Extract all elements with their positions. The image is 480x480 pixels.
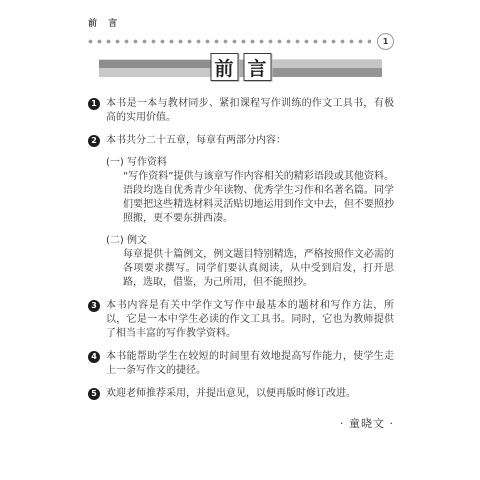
subsection-writing-materials: (一) 写作资料 “写作资料”提供与该章写作内容相关的精彩语段或其他资料。语段均… <box>106 156 394 226</box>
circled-number-icon: 1 <box>88 98 100 110</box>
circled-number-icon: 3 <box>88 300 100 312</box>
subsection-body: 每章提供十篇例文，例文题目特别精选，严格按照作文必需的各项要求撰写。同学们要认真… <box>123 248 394 290</box>
title-char-box: 前 <box>210 53 238 81</box>
title-char-box: 言 <box>243 53 271 81</box>
circled-number-icon: 2 <box>88 135 100 147</box>
title-boxes: 前 言 <box>210 53 271 81</box>
preface-item-1: 1 本书是一本与教材同步、紧扣课程写作训练的作文工具书，有极高的实用价值。 <box>88 97 394 125</box>
preface-item-5: 5 欢迎老师推荐采用，并提出意见，以便再版时修订改进。 <box>88 387 394 401</box>
circled-number-icon: 4 <box>88 351 100 363</box>
title-banner: 前 言 <box>99 53 382 83</box>
page-number-badge: 1 <box>377 33 394 50</box>
header-rule: 1 <box>88 32 394 50</box>
preface-item-2: 2 本书共分二十五章，每章有两部分内容： (一) 写作资料 “写作资料”提供与该… <box>88 134 394 290</box>
running-header: 前 言 1 <box>88 16 394 50</box>
subsection-body: “写作资料”提供与该章写作内容相关的精彩语段或其他资料。语段均选自优秀青少年读物… <box>123 170 394 226</box>
preface-item-4: 4 本书能帮助学生在较短的时间里有效地提高写作能力，使学生走上一条写作文的捷径。 <box>88 350 394 378</box>
item-text: 本书共分二十五章，每章有两部分内容： <box>106 134 394 148</box>
header-chapter-label: 前 言 <box>88 16 394 29</box>
subsection-sample-essays: (二) 例文 每章提供十篇例文，例文题目特别精选，严格按照作文必需的各项要求撰写… <box>106 234 394 290</box>
dotted-rule <box>88 39 371 44</box>
item-text: 本书内容是有关中学作文写作中最基本的题材和写作方法，所以，它是一本中学生必读的作… <box>106 299 394 341</box>
item-text: 本书能帮助学生在较短的时间里有效地提高写作能力，使学生走上一条写作文的捷径。 <box>106 350 394 378</box>
preface-page: 前 言 1 前 言 1 本书是一本与教材同步、紧扣课程写作训练的作文工具书，有极… <box>0 0 480 480</box>
circled-number-icon: 5 <box>88 388 100 400</box>
preface-content: 1 本书是一本与教材同步、紧扣课程写作训练的作文工具书，有极高的实用价值。 2 … <box>88 97 394 410</box>
item-text: 欢迎老师推荐采用，并提出意见，以便再版时修订改进。 <box>106 387 394 401</box>
subsection-title: (一) 写作资料 <box>106 156 394 170</box>
item-text: 本书是一本与教材同步、紧扣课程写作训练的作文工具书，有极高的实用价值。 <box>106 97 394 125</box>
subsection-title: (二) 例文 <box>106 234 394 248</box>
preface-item-3: 3 本书内容是有关中学作文写作中最基本的题材和写作方法，所以，它是一本中学生必读… <box>88 299 394 341</box>
author-signature: · 童晓文 · <box>340 415 394 431</box>
